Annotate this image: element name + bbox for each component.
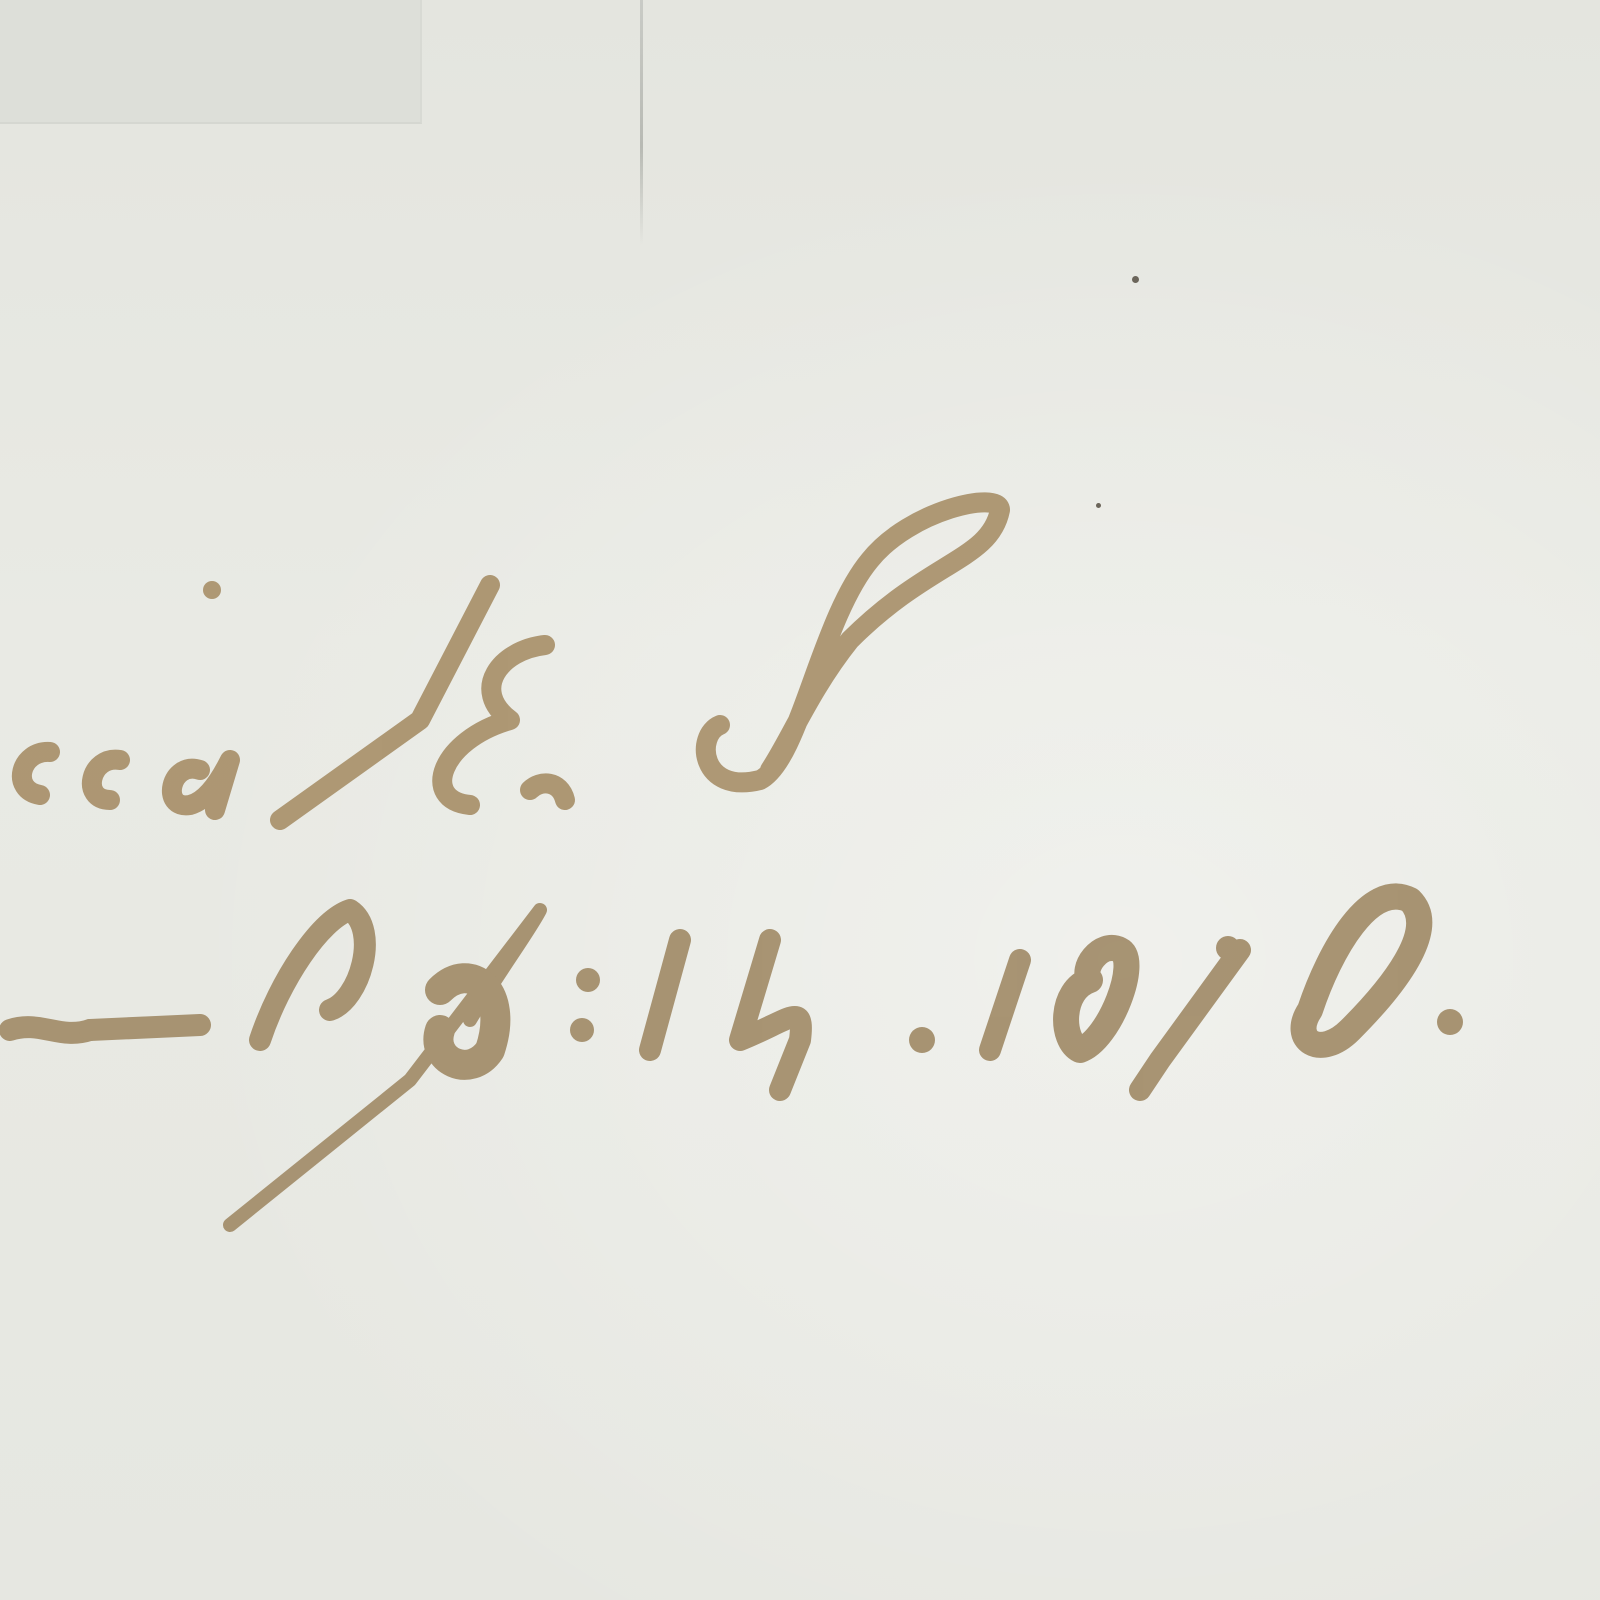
- i-dot: [203, 581, 221, 599]
- letter-A: [260, 910, 365, 1040]
- digit-7: [1140, 950, 1240, 1090]
- colon-bottom: [570, 1018, 594, 1042]
- digit-7-top: [1216, 936, 1240, 960]
- letter-period: [530, 783, 565, 800]
- digit-8b: [1304, 897, 1420, 1045]
- underline-dash: [90, 1025, 200, 1030]
- period-1: [909, 1027, 935, 1053]
- letter-S: [706, 502, 1000, 782]
- digit-8: [1066, 948, 1126, 1050]
- digit-4: [740, 940, 801, 1090]
- paper-photo: …cial E. S …a Ap: 14. 1878.: [0, 0, 1600, 1600]
- letter-a: [172, 760, 230, 810]
- letter-c2: [92, 760, 120, 800]
- handwriting-ink: [0, 0, 1600, 1600]
- letter-l: [280, 585, 490, 820]
- colon-top: [576, 968, 600, 992]
- letter-c: [22, 752, 50, 795]
- period-final: [1437, 1009, 1463, 1035]
- digit-1b: [990, 960, 1020, 1050]
- letter-a-fragment: [10, 1027, 90, 1033]
- digit-1: [650, 940, 680, 1050]
